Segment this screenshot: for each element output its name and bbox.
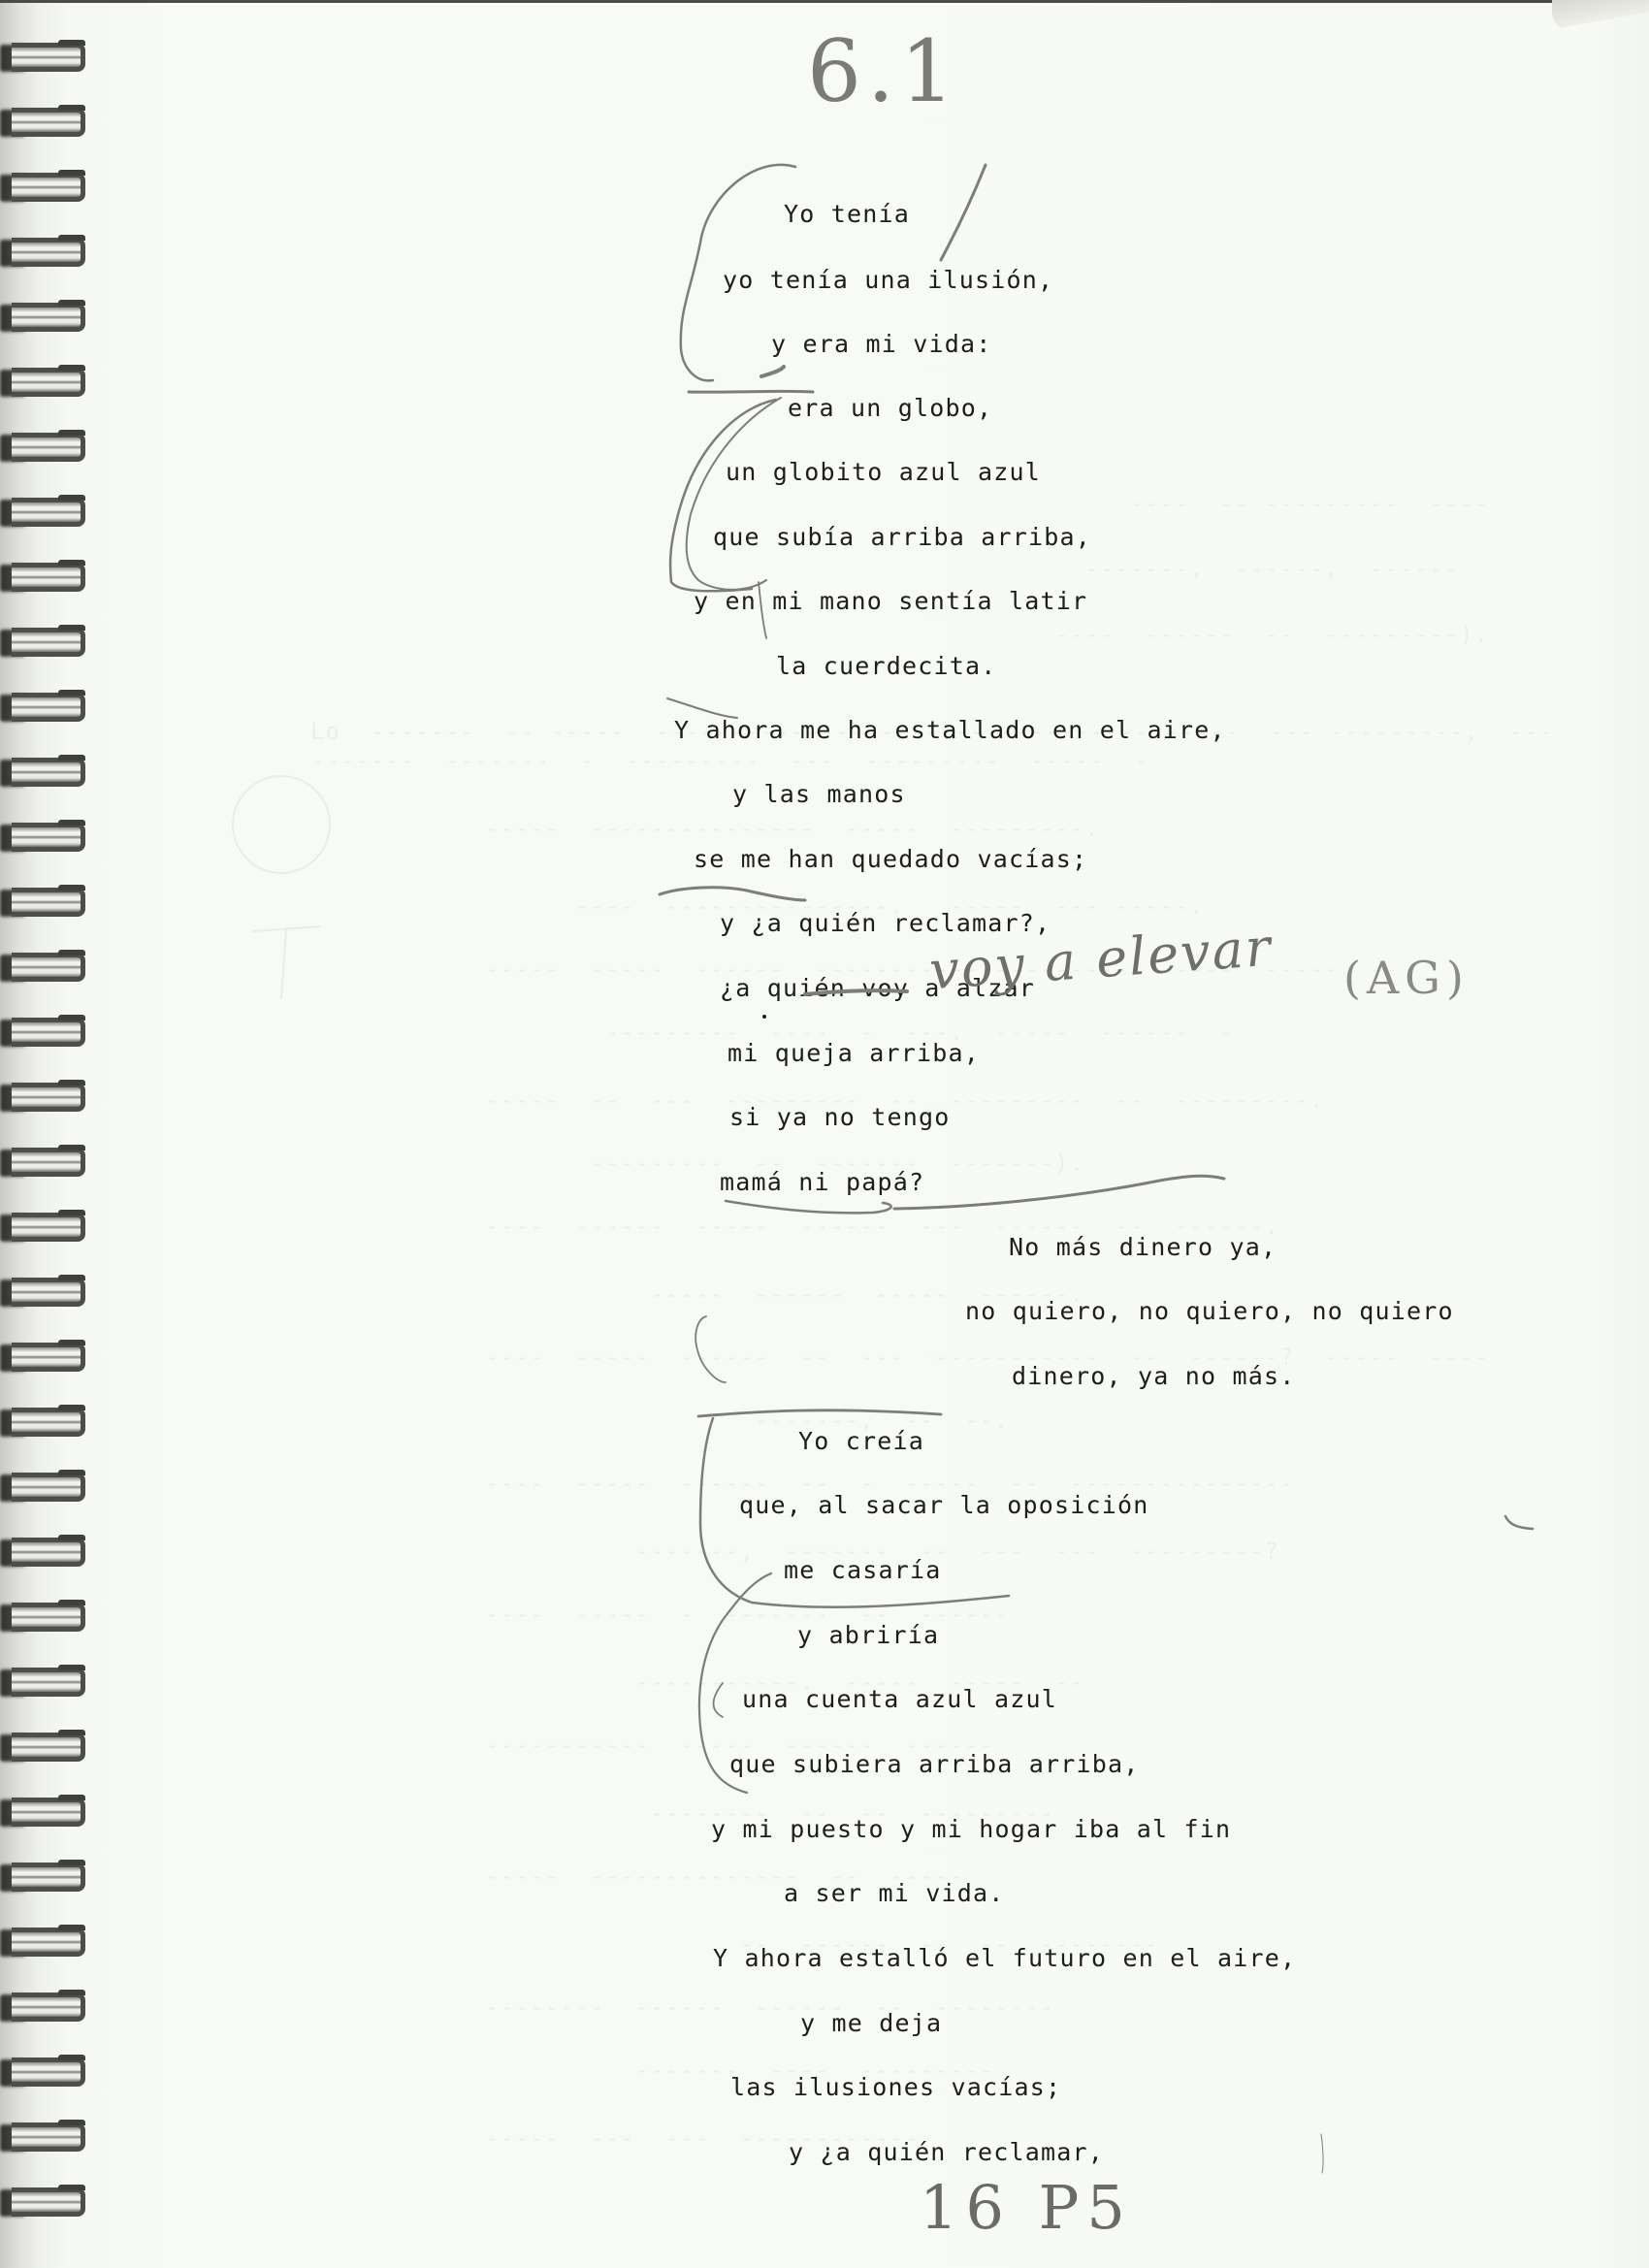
poem-line: que, al sacar la oposición [739, 1493, 1149, 1517]
binding-loop [0, 1733, 87, 1764]
poem-line: un globito azul azul [726, 460, 1041, 484]
binding-loop [0, 563, 87, 594]
binding-loop [0, 108, 87, 139]
poem-line: y mi puesto y mi hogar iba al fin [711, 1817, 1231, 1841]
binding-loop [0, 888, 87, 919]
binding-loop [0, 498, 87, 529]
binding-loop [0, 1863, 87, 1894]
binding-loop [0, 1408, 87, 1439]
binding-loop [0, 628, 87, 659]
binding-loop [0, 1213, 87, 1244]
poem-line: la cuerdecita. [776, 654, 997, 678]
binding-loop [0, 2122, 87, 2154]
binding-loop [0, 1473, 87, 1504]
poem-line: que subiera arriba arriba, [729, 1752, 1140, 1776]
pencil-slash [941, 165, 986, 260]
binding-loop [0, 758, 87, 789]
binding-loop [0, 1148, 87, 1179]
page-top-edge [0, 0, 1649, 3]
pencil-wave-1 [667, 698, 737, 718]
poem-line: no quiero, no quiero, no quiero [965, 1299, 1454, 1323]
binding-loop [0, 1083, 87, 1114]
binding-loop [0, 303, 87, 334]
binding-loop [0, 43, 87, 74]
poem-line: y me deja [800, 2011, 942, 2035]
binding-loop [0, 823, 87, 854]
binding-loop [0, 1668, 87, 1699]
poem-line: una cuenta azul azul [742, 1687, 1057, 1711]
poem-line: y abriría [797, 1623, 939, 1647]
pencil-underline [689, 391, 813, 392]
poem-line: yo tenía una ilusión, [723, 268, 1053, 292]
poem-line: y en mi mano sentía latir [694, 589, 1087, 613]
scanned-page: ---- -- --------- ---- -------, ------, … [0, 0, 1649, 2268]
binding-loop [0, 1993, 87, 2024]
poem-line: Yo creía [798, 1429, 924, 1453]
poem-line: Yo tenía [784, 202, 910, 226]
binding-loop [0, 368, 87, 399]
poem-line: No más dinero ya, [1009, 1235, 1277, 1259]
poem-line: dinero, ya no más. [1012, 1364, 1296, 1388]
pencil-bracket-middle [670, 400, 776, 591]
poem-line: y era mi vida: [771, 332, 992, 356]
binding-loop [0, 1603, 87, 1634]
pencil-wave-3 [726, 1201, 891, 1213]
poem-line: me casaría [784, 1558, 942, 1582]
binding-loop [0, 2187, 87, 2219]
poem-line: Y ahora estalló el futuro en el aire, [713, 1946, 1296, 1970]
binding-loop [0, 1278, 87, 1309]
binding-loop [0, 1798, 87, 1829]
binding-loop [0, 173, 87, 204]
spiral-binding [0, 0, 97, 2268]
binding-loop [0, 2057, 87, 2089]
poem-line: mamá ni papá? [720, 1170, 924, 1194]
binding-loop [0, 1928, 87, 1959]
poem-line: y ¿a quién reclamar?, [720, 911, 1051, 935]
poem-line: que subía arriba arriba, [713, 525, 1091, 549]
poem-line: mi queja arriba, [727, 1041, 980, 1065]
binding-loop [0, 1343, 87, 1374]
pencil-wave-4 [894, 1176, 1224, 1209]
handwritten-section-number: 6.1 [807, 29, 960, 114]
poem-line: las ilusiones vacías; [730, 2075, 1061, 2099]
binding-loop [0, 433, 87, 464]
poem-line: y las manos [732, 782, 906, 806]
binding-loop [0, 953, 87, 984]
page-corner-fold [1552, 0, 1649, 31]
handwritten-initials: (AG) [1343, 956, 1470, 1000]
poem-line: Y ahora me ha estallado en el aire, [674, 718, 1226, 742]
binding-loop [0, 238, 87, 269]
poem-line: era un globo, [788, 396, 992, 420]
binding-loop [0, 693, 87, 724]
poem-line: y ¿a quién reclamar, [789, 2140, 1104, 2164]
handwritten-page-mark: 16 P5 [920, 2178, 1133, 2238]
poem-line: a ser mi vida. [784, 1881, 1005, 1905]
poem-line: si ya no tengo [729, 1105, 951, 1129]
poem-line: se me han quedado vacías; [694, 847, 1087, 871]
binding-loop [0, 1018, 87, 1049]
binding-loop [0, 1538, 87, 1569]
